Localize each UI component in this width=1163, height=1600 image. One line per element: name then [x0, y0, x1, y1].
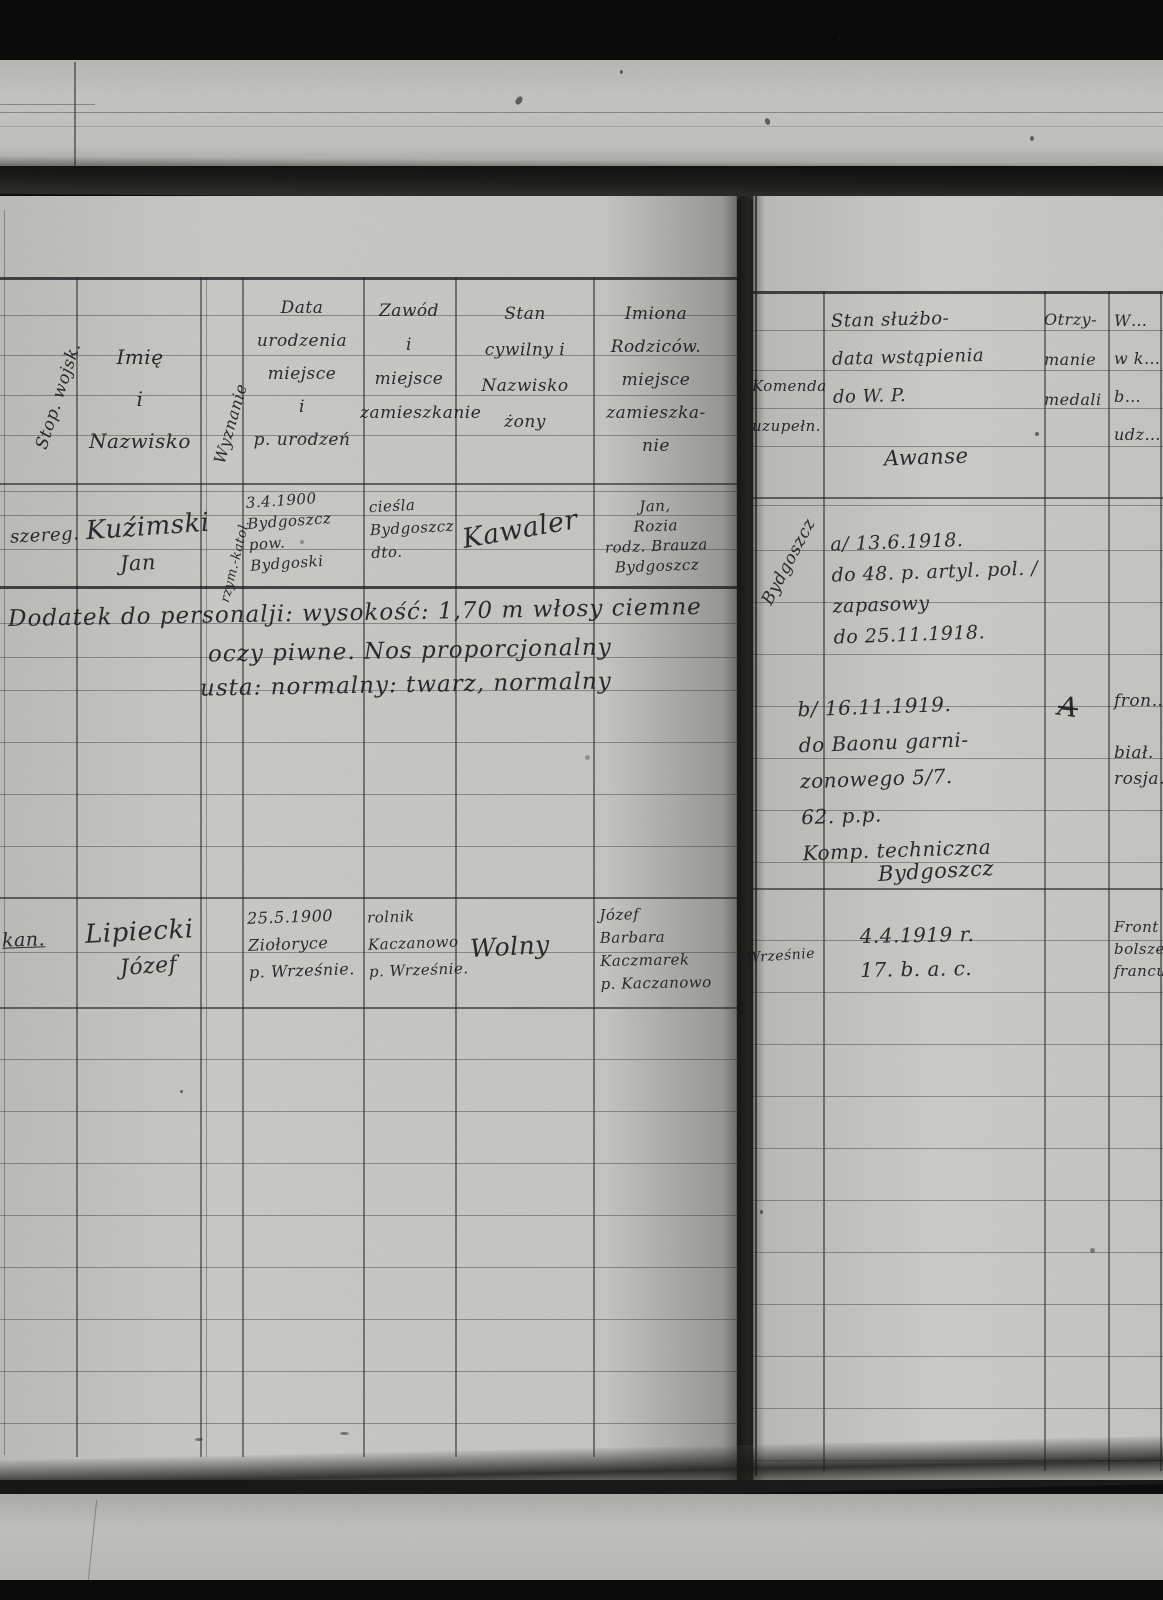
- grid-line: [0, 1267, 737, 1268]
- grid-line: [753, 1200, 1163, 1201]
- header-promotions: Awanse: [883, 441, 969, 475]
- row1-rank: szereg.: [9, 520, 80, 551]
- grid-line: [0, 1111, 737, 1112]
- previous-page-strip: [0, 60, 1163, 166]
- grid-line: [753, 497, 1163, 499]
- grid-line: [0, 1371, 737, 1372]
- row2-parents: Józef Barbara Kaczmarek p. Kaczanowo: [599, 902, 712, 996]
- grid-line: [74, 62, 76, 166]
- dust-speck: [620, 70, 623, 74]
- grid-line: [0, 1059, 737, 1060]
- row1-occupation: cieśla Bydgoszcz dto.: [368, 492, 456, 565]
- dust-speck: [300, 540, 304, 544]
- grid-line: [206, 277, 207, 1457]
- grid-line: [753, 505, 1163, 506]
- grid-line: [0, 1319, 737, 1320]
- row2-occupation: rolnik Kaczanowo p. Wrześnie.: [367, 901, 469, 985]
- grid-line: [0, 1215, 737, 1216]
- grid-line: [455, 277, 457, 1457]
- grid-line: [1044, 291, 1046, 1471]
- microfilm-scan: Stop. wojsk. Imię i Nazwisko Wyznanie Da…: [0, 0, 1163, 1600]
- row1-service-entry-a: a/ 13.6.1918. do 48. p. artyl. pol. / za…: [830, 522, 1041, 653]
- grid-line: [753, 654, 1163, 655]
- grid-line: [363, 277, 365, 1457]
- header-occupation: Zawód i miejsce zamieszkanie: [360, 294, 458, 430]
- row1-parents: Jan, Rozia rodz. Brauza Bydgoszcz: [597, 494, 716, 578]
- film-top-bar: [0, 0, 1163, 60]
- grid-line: [753, 888, 1163, 890]
- grid-line: [0, 483, 737, 485]
- grid-line: [753, 1148, 1163, 1149]
- grid-line: [0, 794, 737, 795]
- grid-line: [823, 291, 825, 1471]
- row2-surname: Lipiecki: [84, 910, 194, 955]
- film-bottom-bar: [0, 1580, 1163, 1600]
- grid-line: [753, 1408, 1163, 1409]
- row1-battles: fron… biał. rosja…: [1114, 688, 1163, 792]
- dust-speck: [1090, 1248, 1095, 1253]
- dust-speck: [760, 1210, 763, 1214]
- grid-line: [0, 277, 737, 280]
- grid-line: [0, 586, 737, 589]
- grid-line: [753, 1356, 1163, 1357]
- grid-line: [0, 742, 737, 743]
- dust-speck: [340, 1432, 349, 1435]
- grid-line: [753, 1044, 1163, 1045]
- dust-speck: [180, 1090, 183, 1093]
- dust-speck: [838, 36, 841, 39]
- dust-speck: [585, 755, 590, 760]
- row1-service-entry-b-place: Bydgoszcz: [877, 853, 994, 891]
- next-page-strip: [0, 1494, 1163, 1582]
- header-name: Imię i Nazwisko: [84, 336, 196, 462]
- grid-line: [753, 992, 1163, 993]
- row1-firstname: Jan: [119, 547, 157, 580]
- grid-line: [0, 897, 737, 899]
- header-service: Stan służbo- data wstąpienia do W. P.: [831, 297, 1054, 417]
- grid-line: [593, 277, 595, 1457]
- header-battles: W… w k… b… udz…: [1114, 302, 1163, 454]
- row2-rank: kan.: [2, 925, 46, 955]
- grid-line: [0, 112, 1163, 113]
- grid-line: [753, 1304, 1163, 1305]
- dust-speck: [1035, 432, 1039, 436]
- header-parents: Imiona Rodziców. miejsce zamieszka- nie: [596, 298, 716, 463]
- grid-line: [0, 1007, 737, 1009]
- header-birth: Data urodzenia miejsce i p. urodzeń: [244, 292, 360, 457]
- grid-line: [753, 1096, 1163, 1097]
- header-marital: Stan cywilny i Nazwisko żony: [458, 296, 592, 440]
- grid-line: [200, 277, 202, 1457]
- grid-line: [753, 291, 1163, 294]
- grid-line: [753, 1252, 1163, 1253]
- grid-line: [76, 277, 78, 1457]
- dust-speck: [195, 1438, 203, 1441]
- row2-battles: Front bolszew. francus…: [1114, 916, 1163, 982]
- dust-speck: [1030, 136, 1034, 141]
- grid-line: [0, 104, 95, 105]
- grid-line: [1160, 291, 1162, 1471]
- header-medals: Otrzy- manie medali: [1044, 300, 1114, 420]
- row1-service-entry-b: b/ 16.11.1919. do Baonu garni- zonowego …: [797, 685, 992, 871]
- row2-birth: 25.5.1900 Ziołoryce p. Wrześnie.: [247, 901, 356, 986]
- grid-line: [0, 126, 1163, 127]
- grid-line: [0, 1163, 737, 1164]
- grid-line: [4, 210, 5, 1455]
- row1-birth: 3.4.1900 Bydgoszcz pow. Bydgoski: [245, 487, 335, 577]
- grid-line: [1108, 291, 1110, 1471]
- grid-line: [0, 1423, 737, 1424]
- note-personalia-line3: usta: normalny: twarz, normalny: [200, 664, 612, 706]
- row2-firstname: Józef: [119, 948, 178, 985]
- grid-line: [0, 846, 737, 847]
- row2-marital: Wolny: [469, 926, 551, 968]
- grid-line: [0, 491, 737, 492]
- header-komenda: Komenda uzupełn.: [752, 366, 828, 446]
- row2-service: 4.4.1919 r. 17. b. a. c.: [859, 917, 975, 987]
